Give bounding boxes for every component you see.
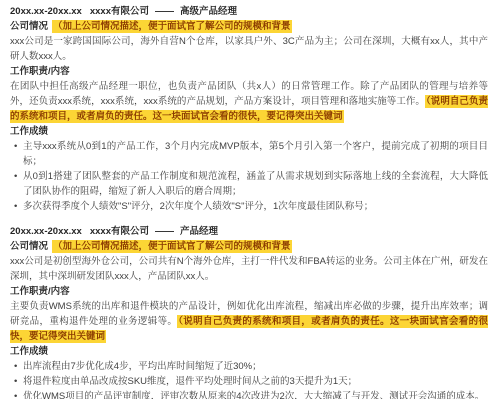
achievement-list: • 出库流程由7步优化成4步，平均出库时间缩短了近30%； • 将退件粒度由单品… [10, 359, 488, 399]
achievement-item: • 多次获得季度个人绩效"S"评分，2次年度个人绩效"S"评分，1次年度最佳团队… [10, 199, 488, 214]
achievement-text: 主导xxx系统从0到1的产品工作，3个月内完成MVP版本，第5个月引入第一个客户… [23, 139, 488, 169]
duties-heading: 工作职责/内容 [10, 284, 488, 299]
duties-heading: 工作职责/内容 [10, 64, 488, 79]
job-period: 20xx.xx-20xx.xx [10, 6, 82, 17]
achievement-text: 出库流程由7步优化成4步，平均出库时间缩短了近30%； [23, 359, 488, 374]
job-title: 20xx.xx-20xx.xxxxxx有限公司——高级产品经理 [10, 4, 488, 19]
bullet-marker: • [10, 374, 23, 389]
company-note-highlight: （加上公司情况描述，便于面试官了解公司的规模和背景 [52, 20, 292, 33]
achievement-item: • 将退件粒度由单品改成按SKU维度，退件平均处理时间从之前的3天提升为1天； [10, 374, 488, 389]
achievement-text: 优化WMS项目的产品评审制度，评审次数从原来的4次改进为2次，大大缩减了与开发、… [23, 389, 488, 399]
job-role: 产品经理 [180, 226, 218, 237]
bullet-marker: • [10, 389, 23, 399]
duties-paragraph: 主要负责WMS系统的出库和退件模块的产品设计，例如优化出库流程，缩减出库必做的步… [10, 299, 488, 344]
achievement-list: • 主导xxx系统从0到1的产品工作，3个月内完成MVP版本，第5个月引入第一个… [10, 139, 488, 214]
company-description: xxx公司是一家跨国国际公司，海外自营N个仓库，以家具户外、3C产品为主；公司在… [10, 34, 488, 64]
job-period: 20xx.xx-20xx.xx [10, 226, 82, 237]
duties-text: 在团队中担任高级产品经理一职位，也负责产品团队（共x人）的日常管理工作。除了产品… [10, 81, 488, 107]
achievements-heading: 工作成绩 [10, 124, 488, 139]
bullet-marker: • [10, 359, 23, 374]
resume-document: 20xx.xx-20xx.xxxxxx有限公司——高级产品经理 公司情况（加上公… [0, 0, 500, 399]
achievements-heading: 工作成绩 [10, 344, 488, 359]
title-separator: —— [155, 226, 174, 237]
achievement-item: • 主导xxx系统从0到1的产品工作，3个月内完成MVP版本，第5个月引入第一个… [10, 139, 488, 169]
job-section-2: 20xx.xx-20xx.xxxxxx有限公司——产品经理 公司情况（加上公司情… [10, 224, 488, 399]
company-info-label: 公司情况 [10, 241, 48, 252]
company-name: xxxx有限公司 [90, 6, 149, 17]
company-info-line: 公司情况（加上公司情况描述，便于面试官了解公司的规模和背景 [10, 239, 488, 254]
bullet-marker: • [10, 169, 23, 199]
company-description: xxx公司是初创型海外仓公司，公司共有N个海外仓库，主打一件代发和FBA转运的业… [10, 254, 488, 284]
achievement-item: • 优化WMS项目的产品评审制度，评审次数从原来的4次改进为2次，大大缩减了与开… [10, 389, 488, 399]
title-separator: —— [155, 6, 174, 17]
duties-paragraph: 在团队中担任高级产品经理一职位，也负责产品团队（共x人）的日常管理工作。除了产品… [10, 79, 488, 124]
achievement-text: 多次获得季度个人绩效"S"评分，2次年度个人绩效"S"评分，1次年度最佳团队称号… [23, 199, 488, 214]
company-name: xxxx有限公司 [90, 226, 149, 237]
company-info-label: 公司情况 [10, 21, 48, 32]
achievement-text: 将退件粒度由单品改成按SKU维度，退件平均处理时间从之前的3天提升为1天； [23, 374, 488, 389]
job-section-1: 20xx.xx-20xx.xxxxxx有限公司——高级产品经理 公司情况（加上公… [10, 4, 488, 214]
company-info-line: 公司情况（加上公司情况描述，便于面试官了解公司的规模和背景 [10, 19, 488, 34]
achievement-text: 从0到1搭建了团队整套的产品工作制度和规范流程，涵盖了从需求规划到实际落地上线的… [23, 169, 488, 199]
company-note-highlight: （加上公司情况描述，便于面试官了解公司的规模和背景 [52, 240, 292, 253]
job-role: 高级产品经理 [180, 6, 237, 17]
job-title: 20xx.xx-20xx.xxxxxx有限公司——产品经理 [10, 224, 488, 239]
achievement-item: • 出库流程由7步优化成4步，平均出库时间缩短了近30%； [10, 359, 488, 374]
bullet-marker: • [10, 199, 23, 214]
bullet-marker: • [10, 139, 23, 169]
achievement-item: • 从0到1搭建了团队整套的产品工作制度和规范流程，涵盖了从需求规划到实际落地上… [10, 169, 488, 199]
